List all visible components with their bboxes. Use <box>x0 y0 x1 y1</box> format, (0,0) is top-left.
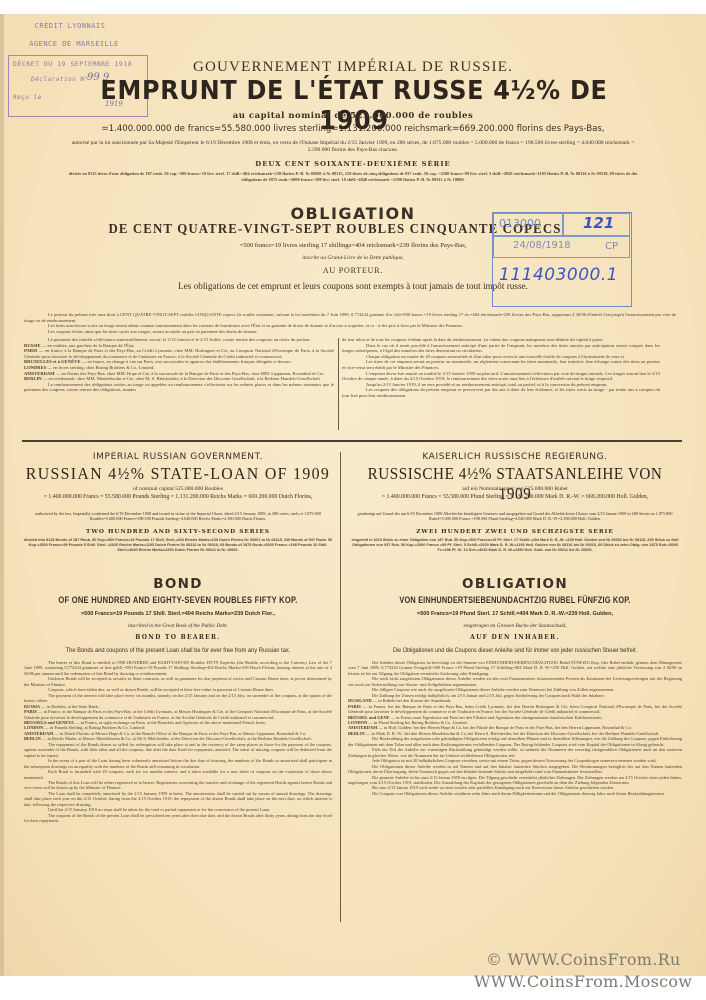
de-series: ZWEI HUNDERT ZWEI UND SECHZIGSTE SERIE <box>346 529 684 535</box>
de-term-paragraph: Die Rückzahlung der ausgelosten oder gek… <box>348 736 682 747</box>
en-government-heading: IMPERIAL RUSSIAN GOVERNMENT. <box>22 452 334 462</box>
fr-terms-intro: Le porteur du présent titre aura droit à… <box>24 312 676 334</box>
en-payment-place: PARIS — in Francs: at the Banque de Pari… <box>24 709 332 720</box>
de-term-paragraph: Die Obligationen dieser Anleihe werden i… <box>348 764 682 775</box>
de-equivalents: = 1.400.000.000 Francs = 55.580.000 Pfun… <box>346 494 684 501</box>
fr-payment-place: BERLIN — en reichsmark: chez MM. Mendels… <box>24 376 334 382</box>
en-term-paragraph: The coupons of the Bonds of the present … <box>24 813 332 824</box>
de-bond-equivalents: =500 Francs=19 Pfund Sterl. 17 Schill.=4… <box>346 611 684 617</box>
en-payment-place: BERLIN — in Reichs Marks: at Messrs Mend… <box>24 736 332 741</box>
fr-capital: au capital nominal de 525.000.000 de rou… <box>120 111 586 121</box>
de-inscribed: eingetragen im Grossen Buche der Staatss… <box>346 623 684 629</box>
language-column-divider <box>340 452 341 922</box>
fr-bond-heading: OBLIGATION <box>200 204 506 223</box>
de-authorization: genehmigt auf Grund des am 6/19 December… <box>346 511 684 521</box>
registry-code: 013000 <box>499 217 541 230</box>
bank-stamp-line1: CRÉDIT LYONNAIS <box>20 22 120 30</box>
en-bond-heading: BOND <box>22 576 334 592</box>
fr-term-paragraph: L'emprunt devra être amorti en totalité … <box>342 371 660 382</box>
fr-term-paragraph: Le remboursement des obligations sorties… <box>24 382 334 393</box>
de-payment-place: PARIS — in Francs: bei der Banque de Par… <box>348 704 682 715</box>
de-series-detail: eingeteilt in 8115 Stück zu einer Obliga… <box>346 538 684 552</box>
fr-equivalents: =1.400.000.000 de francs=55.580.000 livr… <box>40 124 666 134</box>
en-term-paragraph: The Loan shall be completely amortized b… <box>24 791 332 807</box>
de-bearer: AUF DEN INHABER. <box>346 634 684 641</box>
de-capital: auf ein Nominalkapital von 525.000.000 R… <box>346 486 684 492</box>
registry-stamp: 013000 121 24/08/1918 CP 111403000.1 <box>492 212 632 307</box>
en-equivalents: = 1.400.000.000 Francs = 55.580.000 Poun… <box>22 494 334 501</box>
en-bond-value: OF ONE HUNDRED AND EIGHTY-SEVEN ROUBLES … <box>37 595 319 605</box>
fr-authorization: autorisé par la loi sanctionnée par Sa M… <box>60 140 646 154</box>
registry-suffix: CP <box>605 241 618 252</box>
de-tax-exempt: Die Obligationen und die Coupons dieser … <box>363 647 667 654</box>
en-inscribed: inscribed in the Great Book of the Publi… <box>22 623 334 629</box>
registry-date: 24/08/1918 <box>513 240 571 251</box>
en-loan-title: RUSSIAN 4½% STATE-LOAN OF 1909 <box>17 464 340 484</box>
fr-bearer: AU PORTEUR. <box>200 266 506 275</box>
watermark-line1: © WWW.CoinsFrom.Ru <box>486 950 706 969</box>
en-series-detail: divided into 8115 Bonds of 187 Roub. 50 … <box>22 538 334 552</box>
decree-stamp-title: DÉCRET DU 19 SEPTEMBRE 1918 <box>13 60 132 68</box>
fr-payment-place: PARIS — en francs: à la Banque de Paris … <box>24 348 334 359</box>
fr-government-heading: GOUVERNEMENT IMPÉRIAL DE RUSSIE. <box>150 59 556 76</box>
en-capital: of nominal capital 525.000.000 Roubles <box>22 486 334 492</box>
de-government-heading: KAISERLICH RUSSISCHE REGIERUNG. <box>346 452 684 462</box>
section-divider <box>22 440 682 442</box>
en-series: TWO HUNDRED AND SIXTY-SECOND SERIES <box>22 529 334 535</box>
en-term-paragraph: The payment of the interest will take pl… <box>24 693 332 704</box>
fr-column-divider <box>338 338 339 430</box>
fr-term-paragraph: Le porteur du présent titre aura droit à… <box>24 312 676 323</box>
fr-series-detail: divisée en 8115 titres d'une obligation … <box>60 171 646 183</box>
en-term-paragraph: The Bonds of this Loan will be either re… <box>24 780 332 791</box>
de-term-paragraph: Die gesamte Anleihe ist bis zum 2/15 Jan… <box>348 775 682 786</box>
en-term-paragraph: The repayment of the Bonds drawn or call… <box>24 742 332 758</box>
fr-term-paragraph: Dans le cas où il serait procédé à l'amo… <box>342 343 660 354</box>
watermark-line2: WWW.CoinsFrom.Moscow <box>474 972 706 991</box>
fr-term-paragraph: Les titres de cet emprunt seront au port… <box>342 359 660 370</box>
en-term-paragraph: In the event of a part of the Loan havin… <box>24 758 332 769</box>
en-bearer: BOND TO BEARER. <box>22 634 334 641</box>
registry-number: 121 <box>583 214 614 232</box>
bank-stamp-line2: AGENCE DE MARSEILLE <box>14 40 134 48</box>
fr-term-paragraph: Les coupons des obligations du présent e… <box>342 387 660 398</box>
de-term-paragraph: Jede Obligation ist mit 20 halbjährliche… <box>348 758 682 763</box>
declaration-label: Déclaration N° <box>31 76 89 83</box>
de-bond-heading: OBLIGATION <box>346 576 684 592</box>
en-term-paragraph: Undrawn Bonds will be accepted as securi… <box>24 676 332 687</box>
en-term-paragraph: Each Bond is furnished with 20 coupons, … <box>24 769 332 780</box>
de-term-paragraph: Die Coupons von Obligationen dieser Anle… <box>348 791 682 796</box>
de-term-paragraph: Falls ein Teil der Anleihe zur vorzeitig… <box>348 747 682 758</box>
de-terms: Der Inhaber dieser Obligation ist berech… <box>348 660 682 796</box>
de-term-paragraph: Die noch nicht ausgelosten Obligationen … <box>348 676 682 687</box>
en-tax-exempt: The Bonds and coupons of the present Loa… <box>30 647 325 654</box>
registry-reference: 111403000.1 <box>499 265 618 285</box>
en-term-paragraph: The bearer of this Bond is entitled to O… <box>24 660 332 676</box>
receipt-label: Reçu le <box>13 94 42 101</box>
de-bond-value: VON EINHUNDERTSIEBENUNDACHTZIG RUBEL FÜN… <box>368 595 662 605</box>
de-term-paragraph: Der Inhaber dieser Obligation ist berech… <box>348 660 682 676</box>
en-bond-equivalents: =500 Francs=19 Pounds 17 Shill. Sterl.=4… <box>22 611 334 617</box>
fr-terms-right-column: de leur talon et de tous les coupons éch… <box>342 337 660 399</box>
fr-term-paragraph: Les coupons échus, ainsi que les titres … <box>24 329 676 335</box>
en-terms: The bearer of this Bond is entitled to O… <box>24 660 332 824</box>
fr-series: DEUX CENT SOIXANTE-DEUXIÈME SÉRIE <box>150 160 556 168</box>
fr-terms-left-column: Le paiement des intérêts s'effectuera se… <box>24 337 334 393</box>
paper-edge <box>0 14 4 976</box>
en-authorization: authorized by the law, Imperially confir… <box>22 511 334 521</box>
